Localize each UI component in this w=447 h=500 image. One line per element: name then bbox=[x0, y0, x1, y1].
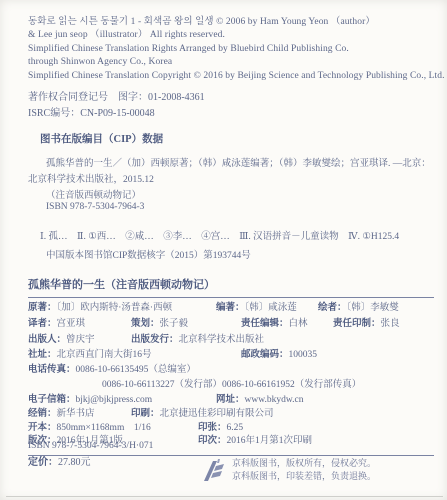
copyright-line-illustrator: & Lee jun seop （illustrator） All rights … bbox=[28, 29, 445, 42]
field-value: 张良 bbox=[381, 319, 400, 329]
field-address: 社址：北京西直门南大街16号 bbox=[28, 346, 152, 360]
cip-record-number: 中国版本图书馆CIP数据核字（2015）第193744号 bbox=[46, 247, 251, 261]
field-value: 0086-10-66135495（总编室） bbox=[76, 365, 196, 375]
field-label: 电子信箱： bbox=[28, 395, 76, 405]
field-phone-fax-2: 0086-10-66113227（发行部）0086-10-66161952（发行… bbox=[102, 376, 361, 390]
row-publisher: 出版人：曾庆宇 出版发行：北京科学技术出版社 bbox=[28, 331, 434, 345]
copyright-line-korean: 동화로 읽는 시튼 동물기 1 - 회색곰 왕의 일생 © 2006 by Ha… bbox=[28, 16, 445, 29]
field-value: 新华书店 bbox=[57, 409, 95, 419]
row-address: 社址：北京西直门南大街16号 邮政编码：100035 bbox=[28, 346, 434, 360]
field-label: 邮政编码： bbox=[241, 350, 289, 360]
price: 定价：27.80元 bbox=[28, 453, 91, 468]
field-postcode: 邮政编码：100035 bbox=[241, 346, 317, 360]
price-value: 27.80元 bbox=[58, 457, 91, 468]
copyright-line-agency: through Shinwon Agency Co., Korea bbox=[28, 56, 445, 69]
registration-block: 著作权合同登记号 图字：01-2008-4361 ISRC编号：CN-P09-1… bbox=[28, 90, 205, 121]
field-format: 开本：850mm×1168mm 1/16 bbox=[28, 419, 151, 433]
field-value: 〔韩〕李敏燮 bbox=[347, 303, 399, 313]
row-format: 开本：850mm×1168mm 1/16 印张：6.25 bbox=[28, 419, 434, 433]
field-sheets: 印张：6.25 bbox=[198, 419, 243, 433]
field-planner: 策划：张子毅 bbox=[131, 315, 188, 329]
copyright-line-rights: Simplified Chinese Translation Rights Ar… bbox=[28, 43, 445, 56]
cip-classification: Ⅰ. 孤… Ⅱ. ①西… ②咸… ③李… ④宫… Ⅲ. 汉语拼音－儿童读物 Ⅳ.… bbox=[40, 228, 399, 242]
field-phone-fax: 电话传真：0086-10-66135495（总编室） bbox=[28, 361, 196, 375]
row-staff: 译者：宫亚琪 策划：张子毅 责任编辑：白林 责任印制：张良 bbox=[28, 315, 434, 329]
cip-entry-line-1: 孤熊华普的一生／（加）西顿原著；（韩）咸泳莲编著；（韩）李敏燮绘；宫亚琪译. —… bbox=[46, 155, 431, 169]
field-value: 宫亚琪 bbox=[57, 319, 86, 329]
field-label: 印刷： bbox=[131, 409, 160, 419]
book-copyright-page: 동화로 읽는 시튼 동물기 1 - 회색곰 왕의 일생 © 2006 by Ha… bbox=[0, 0, 447, 500]
contract-registration-number: 著作权合同登记号 图字：01-2008-4361 bbox=[28, 90, 205, 106]
row-authors: 原著：〔加〕欧内斯特·汤普森·西顿 编著：〔韩〕咸泳莲 绘者：〔韩〕李敏燮 bbox=[28, 299, 434, 313]
publisher-footer: 京科版图书，版权所有，侵权必究。 京科版图书，印装差错，负责退换。 bbox=[203, 457, 376, 484]
field-value: 北京西直门南大街16号 bbox=[57, 350, 152, 360]
field-editor: 编著：〔韩〕咸泳莲 bbox=[216, 299, 297, 313]
field-email: 电子信箱：bjkj@bjkjpress.com bbox=[28, 391, 152, 405]
field-value: 白林 bbox=[289, 319, 308, 329]
publisher-logo-icon bbox=[203, 457, 227, 484]
field-label: 责任印制： bbox=[333, 319, 381, 329]
field-value: 曾庆宇 bbox=[66, 335, 95, 345]
copyright-line-translation: Simplified Chinese Translation Copyright… bbox=[28, 70, 445, 83]
book-title: 孤熊华普的一生（注音版西顿动物记） bbox=[28, 276, 434, 298]
cip-isbn: ISBN 978-7-5304-7964-3 bbox=[46, 202, 144, 212]
field-label: 责任编辑： bbox=[241, 319, 289, 329]
field-value: 100035 bbox=[289, 350, 318, 360]
field-label: 出版人： bbox=[28, 335, 66, 345]
field-label: 经销： bbox=[28, 409, 57, 419]
isrc-number: ISRC编号：CN-P09-15-00048 bbox=[28, 106, 205, 122]
field-label: 策划： bbox=[131, 319, 160, 329]
field-value: 北京科学技术出版社 bbox=[179, 335, 265, 345]
field-translator: 译者：宫亚琪 bbox=[28, 315, 85, 329]
field-label: 原著： bbox=[28, 303, 57, 313]
field-value: 0086-10-66113227（发行部）0086-10-66161952（发行… bbox=[102, 380, 361, 390]
cip-series-note: （注音版西顿动物记） bbox=[46, 187, 141, 201]
field-label: 出版发行： bbox=[131, 335, 179, 345]
field-publisher-person: 出版人：曾庆宇 bbox=[28, 331, 95, 345]
field-value: 〔加〕欧内斯特·汤普森·西顿 bbox=[57, 303, 173, 313]
field-website: 网址：www.bkydw.cn bbox=[216, 391, 303, 405]
row-email-web: 电子信箱：bjkj@bjkjpress.com 网址：www.bkydw.cn bbox=[28, 391, 434, 405]
copyright-notice-block: 동화로 읽는 시튼 동물기 1 - 회색곰 왕의 일생 © 2006 by Ha… bbox=[28, 16, 445, 83]
cip-heading: 图书在版编目（CIP）数据 bbox=[40, 131, 163, 146]
field-publishing-house: 出版发行：北京科学技术出版社 bbox=[131, 331, 264, 345]
field-value: 〔韩〕咸泳莲 bbox=[245, 303, 297, 313]
field-label: 网址： bbox=[216, 395, 245, 405]
field-value: 北京捷迅佳彩印刷有限公司 bbox=[160, 409, 274, 419]
row-phone-continued: 0086-10-66113227（发行部）0086-10-66161952（发行… bbox=[28, 376, 434, 390]
field-distributor: 经销：新华书店 bbox=[28, 405, 95, 419]
footer-notice: 京科版图书，版权所有，侵权必究。 京科版图书，印装差错，负责退换。 bbox=[232, 457, 376, 483]
footer-notice-line-1: 京科版图书，版权所有，侵权必究。 bbox=[232, 457, 376, 470]
field-value: 张子毅 bbox=[160, 319, 189, 329]
field-value: www.bkydw.cn bbox=[245, 395, 304, 405]
field-responsible-editor: 责任编辑：白林 bbox=[241, 315, 308, 329]
field-illustrator: 绘者：〔韩〕李敏燮 bbox=[318, 299, 399, 313]
field-value: bjkj@bjkjpress.com bbox=[76, 395, 153, 405]
row-distribution: 经销：新华书店 印刷：北京捷迅佳彩印刷有限公司 bbox=[28, 405, 434, 419]
field-label: 社址： bbox=[28, 350, 57, 360]
cip-entry-line-2: 北京科学技术出版社，2015.12 bbox=[28, 171, 154, 185]
footer-notice-line-2: 京科版图书，印装差错，负责退换。 bbox=[232, 470, 376, 483]
field-label: 译者： bbox=[28, 319, 57, 329]
field-printer: 印刷：北京捷迅佳彩印刷有限公司 bbox=[131, 405, 274, 419]
row-phone: 电话传真：0086-10-66135495（总编室） bbox=[28, 361, 434, 375]
field-label: 绘者： bbox=[318, 303, 347, 313]
field-print-supervisor: 责任印制：张良 bbox=[333, 315, 400, 329]
field-label: 电话传真： bbox=[28, 365, 76, 375]
price-label: 定价： bbox=[28, 457, 58, 468]
field-original-author: 原著：〔加〕欧内斯特·汤普森·西顿 bbox=[28, 299, 172, 313]
field-label: 编著： bbox=[216, 303, 245, 313]
